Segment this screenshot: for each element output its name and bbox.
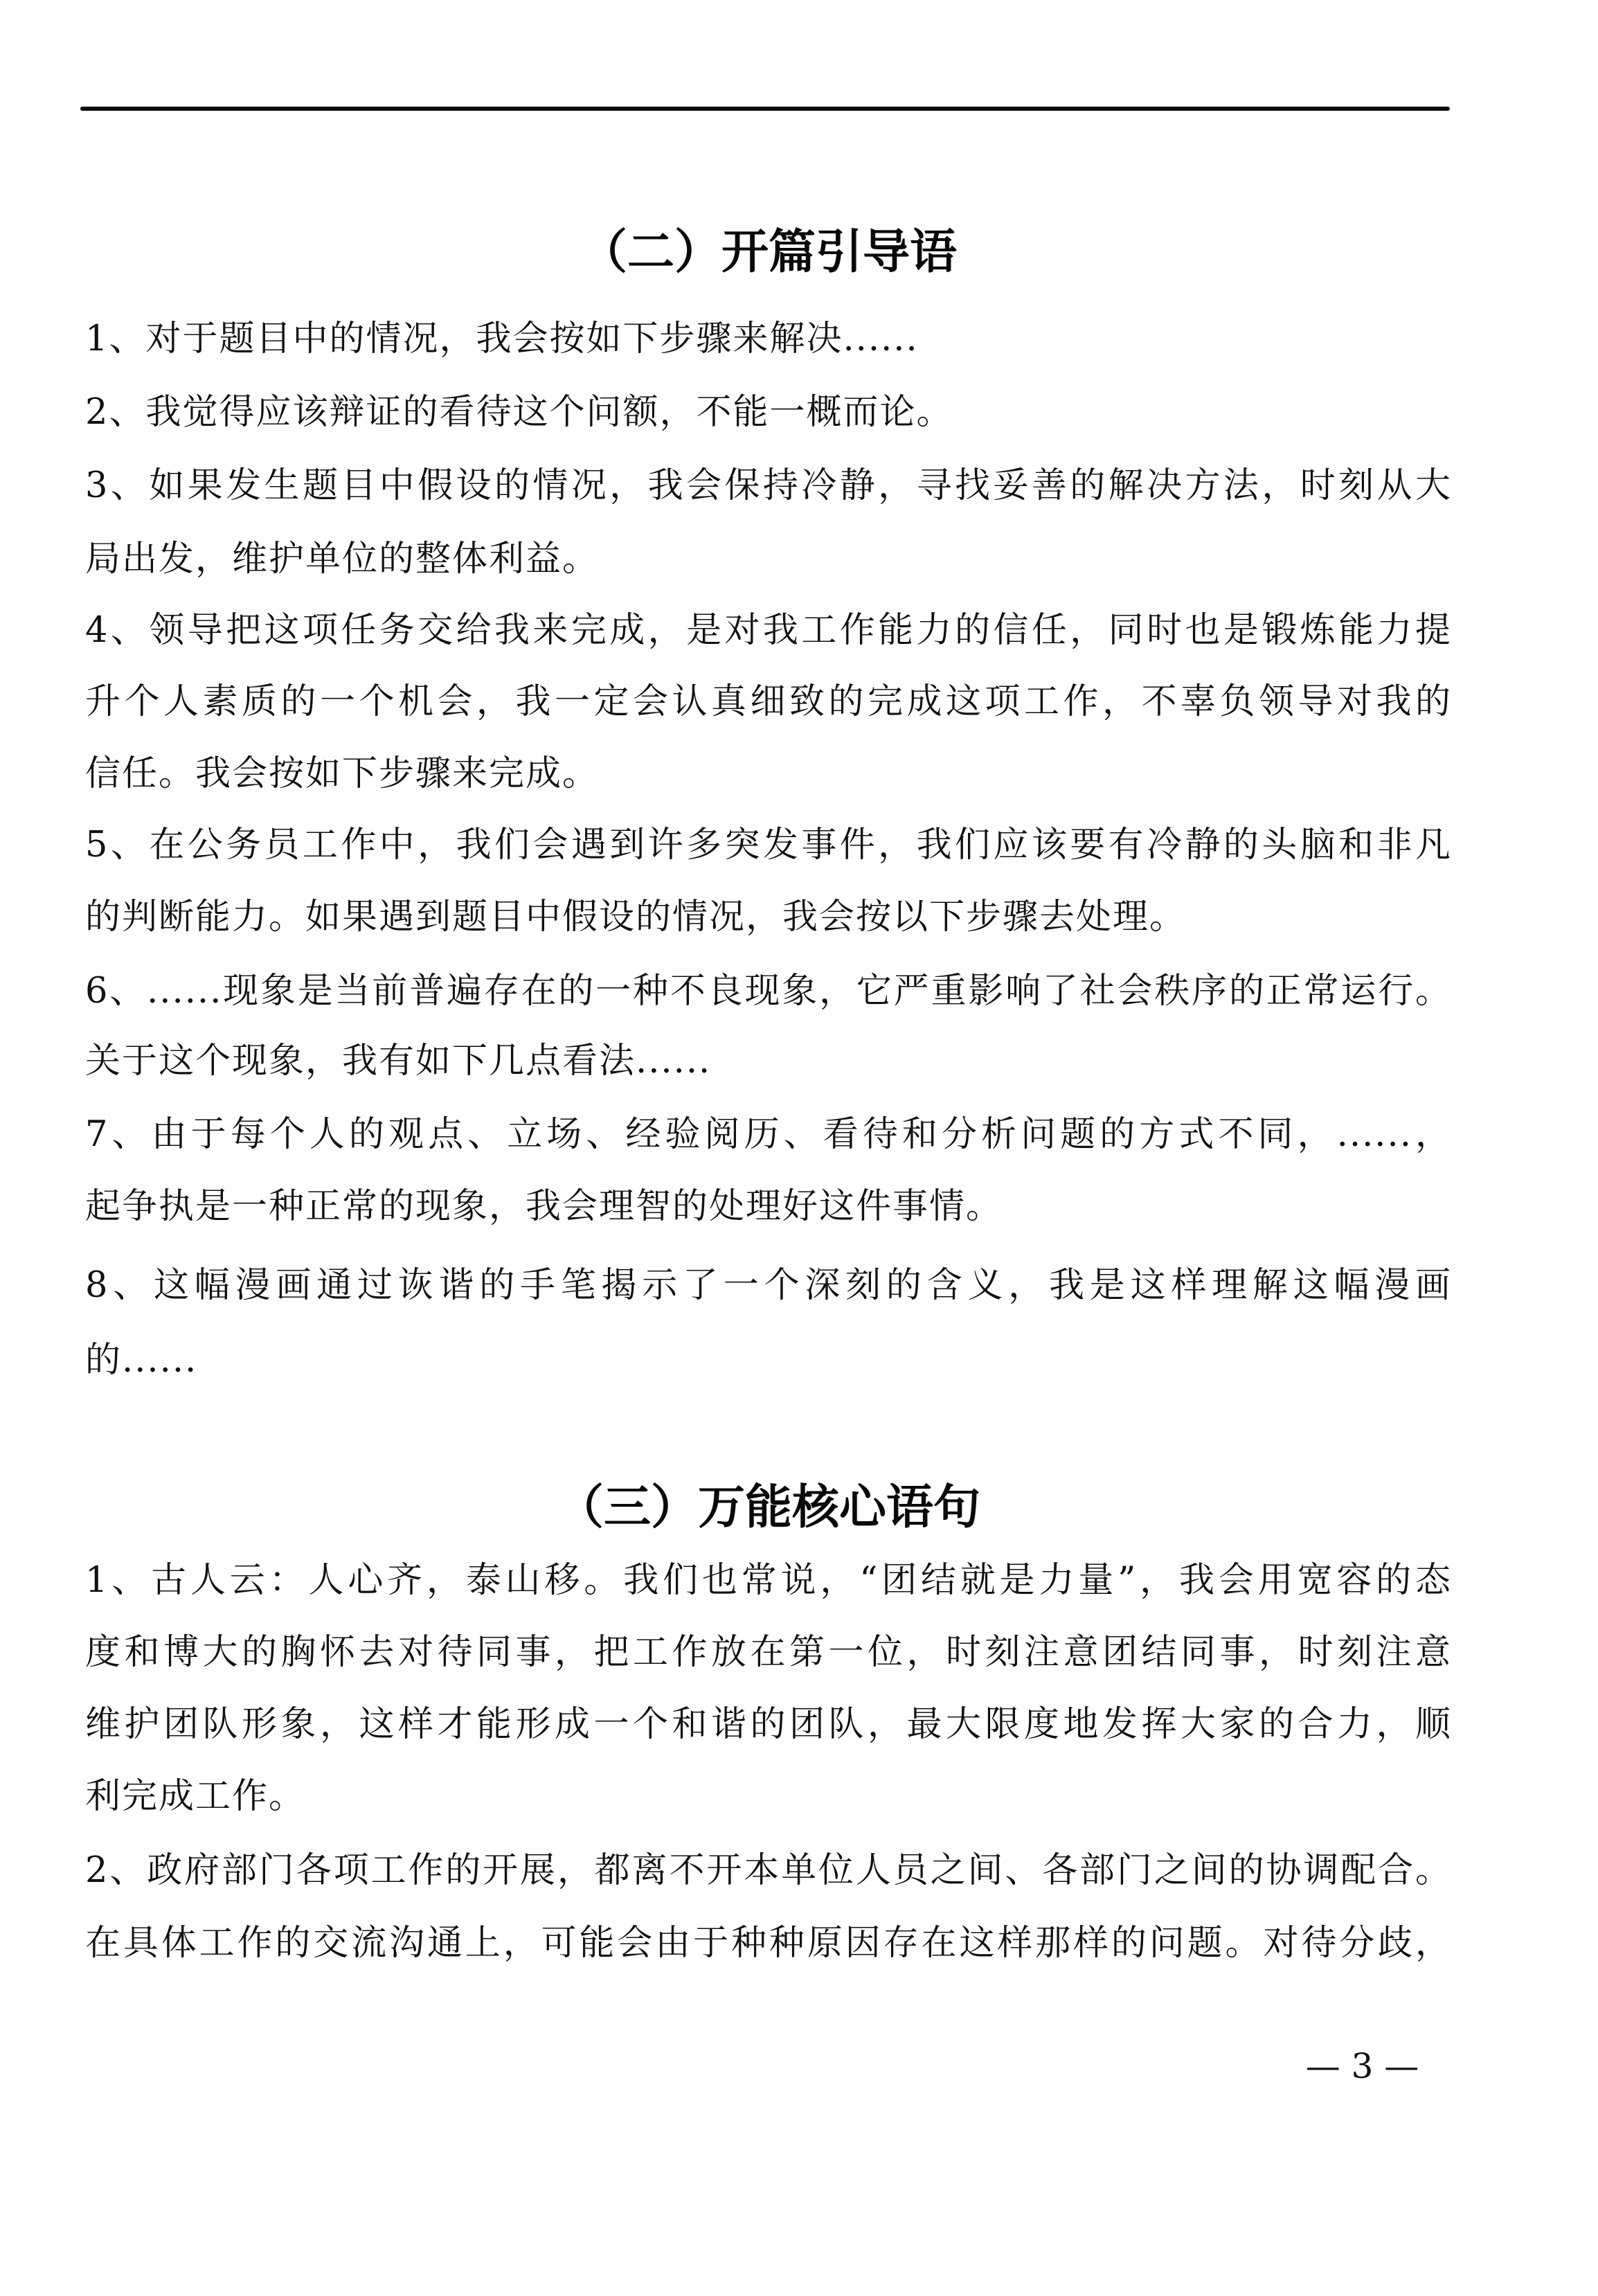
- paragraph-line: 信任。我会按如下步骤来完成。: [85, 750, 599, 798]
- document-page: （二）开篇引导语 1、对于题目中的情况，我会按如下步骤来解决...... 2、我…: [0, 0, 1598, 2296]
- paragraph-line: 升个人素质的一个机会，我一定会认真细致的完成这项工作，不辜负领导对我的: [85, 678, 1452, 726]
- paragraph-line: 4、领导把这项任务交给我来完成，是对我工作能力的信任，同时也是锻炼能力提: [85, 607, 1452, 655]
- paragraph-line: 1、古人云：人心齐，泰山移。我们也常说，“团结就是力量”，我会用宽容的态: [85, 1557, 1452, 1605]
- paragraph-line: 6、......现象是当前普遍存在的一种不良现象，它严重影响了社会秩序的正常运行…: [85, 967, 1452, 1016]
- paragraph-line: 7、由于每个人的观点、立场、经验阅历、看待和分析问题的方式不同，......，: [85, 1111, 1452, 1159]
- paragraph-line: 2、政府部门各项工作的开展，都离不开本单位人员之间、各部门之间的协调配合。: [85, 1847, 1452, 1895]
- paragraph-line: 度和博大的胸怀去对待同事，把工作放在第一位，时刻注意团结同事，时刻注意: [85, 1629, 1452, 1677]
- paragraph-line: 关于这个现象，我有如下几点看法......: [85, 1037, 711, 1086]
- paragraph-line: 2、我觉得应该辩证的看待这个问额，不能一概而论。: [85, 388, 953, 437]
- section-heading-opening-guide: （二）开篇引导语: [85, 222, 1452, 284]
- page-number: — 3 —: [1288, 2045, 1437, 2087]
- paragraph-line: 5、在公务员工作中，我们会遇到许多突发事件，我们应该要有冷静的头脑和非凡: [85, 821, 1452, 870]
- paragraph-line: 在具体工作的交流沟通上，可能会由于种种原因存在这样那样的问题。对待分歧，: [85, 1919, 1452, 1968]
- paragraph-line: 的判断能力。如果遇到题目中假设的情况，我会按以下步骤去处理。: [85, 893, 1186, 942]
- section-heading-core-sentences: （三）万能核心语句: [85, 1477, 1452, 1539]
- paragraph-line: 起争执是一种正常的现象，我会理智的处理好这件事情。: [85, 1183, 1003, 1231]
- paragraph-line: 1、对于题目中的情况，我会按如下步骤来解决......: [85, 315, 919, 364]
- paragraph-line: 的......: [85, 1336, 197, 1385]
- paragraph-line: 利完成工作。: [85, 1773, 305, 1821]
- paragraph-line: 8、这幅漫画通过诙谐的手笔揭示了一个深刻的含义，我是这样理解这幅漫画: [85, 1262, 1452, 1310]
- paragraph-line: 局出发，维护单位的整体利益。: [85, 535, 599, 584]
- paragraph-line: 3、如果发生题目中假设的情况，我会保持冷静，寻找妥善的解决方法，时刻从大: [85, 462, 1452, 510]
- header-rule: [80, 107, 1450, 111]
- paragraph-line: 维护团队形象，这样才能形成一个和谐的团队，最大限度地发挥大家的合力，顺: [85, 1701, 1452, 1749]
